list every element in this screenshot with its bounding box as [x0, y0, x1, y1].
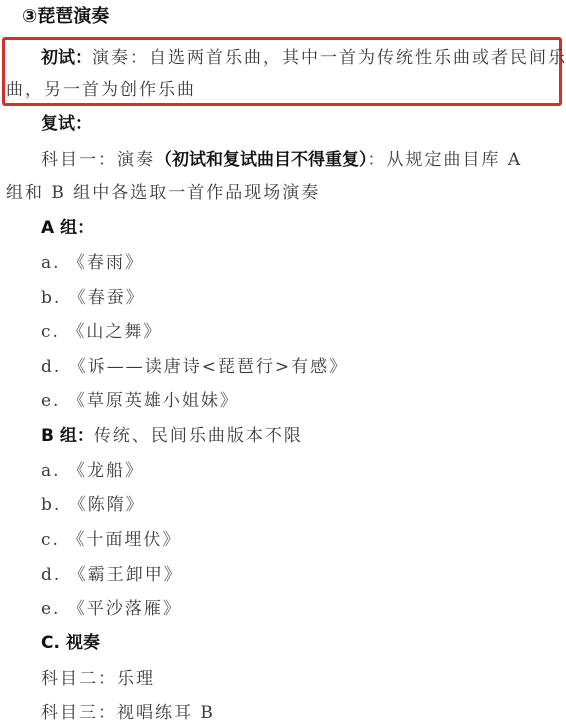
group-b-note: 传统、民间乐曲版本不限: [94, 426, 303, 446]
subject1-line-1: 科目一：演奏（初试和复试曲目不得重复）：从规定曲目库 A: [41, 150, 522, 170]
subject1-prefix: 科目一：演奏: [41, 150, 155, 170]
subject3: 科目三：视唱练耳 B: [41, 703, 215, 723]
group-a-item: d. 《诉——读唐诗<琵琶行>有感》: [41, 357, 348, 377]
group-b-item: a. 《龙船》: [41, 461, 144, 481]
subject1-line-2: 组和 B 组中各选取一首作品现场演奏: [6, 183, 320, 203]
group-b-item: d. 《霸王卸甲》: [41, 565, 183, 585]
group-b-line: B 组：传统、民间乐曲版本不限: [41, 426, 303, 446]
retest-label: 复试：: [41, 114, 92, 134]
group-b-item: b. 《陈隋》: [41, 495, 145, 515]
subject1-bold-note: （初试和复试曲目不得重复）: [155, 150, 368, 170]
group-a-item: b. 《春蚕》: [41, 288, 145, 308]
group-c-label: C. 视奏: [41, 633, 100, 653]
group-a-item: a. 《春雨》: [41, 253, 144, 273]
group-a-item: e. 《草原英雄小姐妹》: [41, 391, 239, 411]
group-a-label: A 组：: [41, 218, 94, 238]
preliminary-line-1: 初试：演奏：自选两首乐曲，其中一首为传统性乐曲或者民间乐: [41, 48, 566, 68]
group-b-label: B 组：: [41, 426, 94, 446]
preliminary-text-1: 演奏：自选两首乐曲，其中一首为传统性乐曲或者民间乐: [92, 48, 566, 68]
group-b-item: e. 《平沙落雁》: [41, 599, 182, 619]
preliminary-label: 初试：: [41, 48, 92, 68]
section-title: ③琵琶演奏: [22, 6, 109, 28]
preliminary-line-2: 曲，另一首为创作乐曲: [6, 80, 196, 100]
group-b-item: c. 《十面埋伏》: [41, 530, 181, 550]
group-a-item: c. 《山之舞》: [41, 322, 162, 342]
subject2: 科目二：乐理: [41, 669, 155, 689]
subject1-suffix: ：从规定曲目库 A: [368, 150, 523, 170]
